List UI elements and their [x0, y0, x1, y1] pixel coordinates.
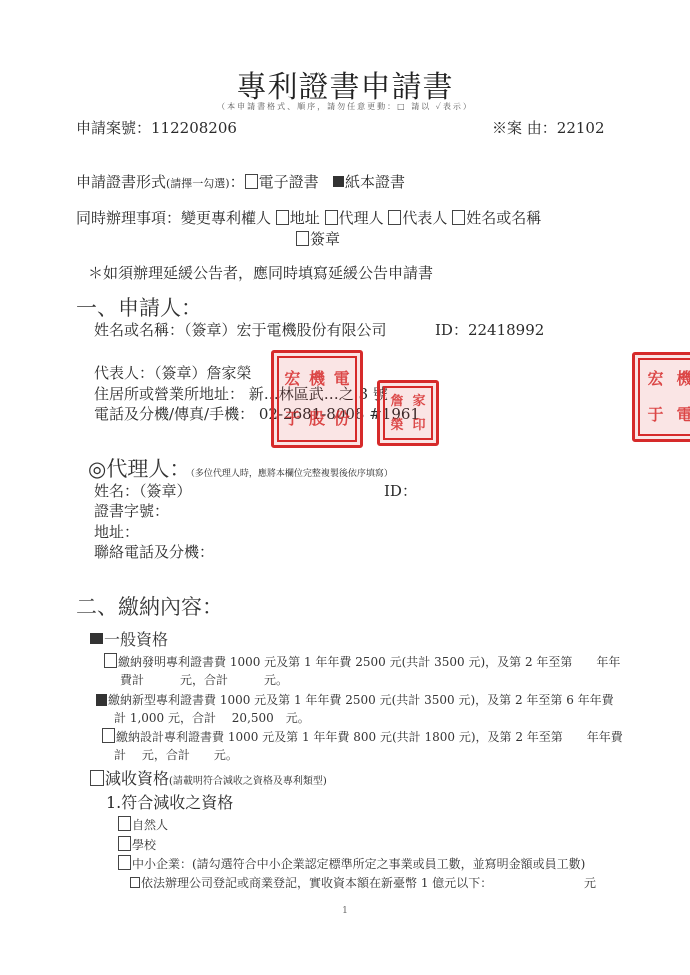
- applicant-name-label: 姓名或名稱：（簽章）: [94, 321, 237, 339]
- agent-heading: ◎代理人：: [88, 457, 190, 481]
- option-signature: 簽章: [310, 230, 340, 248]
- case-number: 申請案號：112208206: [76, 117, 237, 138]
- concurrent-items-label: 同時辦理事項：變更專利權人: [76, 209, 271, 227]
- checkbox-agent[interactable]: [325, 210, 338, 225]
- seal-glyph: 宏: [281, 360, 304, 398]
- checkbox-design-fee[interactable]: [102, 728, 115, 743]
- fee-utility-line2: 計 1,000 元，合計 20,500 元。: [114, 709, 310, 726]
- reduction-option-sme: 中小企業：(請勾選符合中小企業認定標準所定之事業或員工數，並寫明金額或員工數): [118, 855, 585, 872]
- option-agent: 代理人: [339, 209, 384, 227]
- representative-label: 代表人：（簽章）: [94, 364, 207, 382]
- case-reason-value: 22102: [557, 119, 605, 137]
- agent-phone-label: 聯絡電話及分機：: [94, 541, 214, 562]
- seal-glyph: 榮: [387, 414, 407, 436]
- fee-invention-text: 繳納發明專利證書費 1000 元及第 1 年年費 2500 元(共計 3500 …: [118, 655, 620, 669]
- page-number: 1: [0, 906, 690, 916]
- general-qualification-label: 一般資格: [104, 630, 168, 649]
- document-subtitle: （本申請書格式、順序，請勿任意更動：□ 請以 ✓表示）: [0, 101, 690, 112]
- applicant-heading: 一、申請人：: [76, 292, 202, 322]
- reduction-sub-heading: 1.符合減收之資格: [106, 790, 233, 813]
- checkbox-electronic-certificate[interactable]: [245, 174, 258, 189]
- option-name: 姓名或名稱: [466, 209, 541, 227]
- reduction-option-school: 學校: [118, 836, 156, 853]
- checkbox-sme-capital[interactable]: [130, 877, 140, 888]
- document-title: 專利證書申請書: [0, 62, 690, 106]
- seal-glyph: 于: [642, 398, 669, 432]
- school-label: 學校: [132, 838, 156, 852]
- checkbox-paper-certificate[interactable]: [333, 176, 344, 187]
- agent-name-label: 姓名：（簽章）: [94, 480, 192, 501]
- fee-design-text: 繳納設計專利證書費 1000 元及第 1 年年費 800 元(共計 1800 元…: [116, 730, 623, 744]
- option-representative: 代表人: [402, 209, 447, 227]
- checkbox-utility-fee[interactable]: [96, 694, 107, 706]
- phone-row: 電話及分機/傳真/手機： 02-2681-8008 #1961: [94, 403, 420, 424]
- reduction-option-natural-person: 自然人: [118, 816, 168, 833]
- case-number-label: 申請案號：: [76, 119, 151, 137]
- deferred-notice: ＊如須辦理延緩公告者，應同時填寫延緩公告申請書: [88, 262, 433, 283]
- representative-name: 詹家榮: [207, 364, 252, 382]
- seal-glyph: 電: [330, 360, 353, 398]
- seal-glyph: 機: [306, 360, 329, 398]
- agent-id-label: ID：: [384, 480, 417, 501]
- fee-design-line2: 計 元，合計 元。: [114, 746, 238, 763]
- seal-glyph: 份: [330, 400, 353, 438]
- certificate-form-label: 申請證書形式: [76, 173, 166, 191]
- address-label: 住居所或營業所地址：: [94, 385, 244, 403]
- seal-glyph: 詹: [387, 390, 407, 412]
- reduction-qualification-label: 減收資格: [105, 769, 169, 788]
- phone-label: 電話及分機/傳真/手機：: [94, 405, 254, 423]
- checkbox-name[interactable]: [452, 210, 465, 225]
- representative-row: 代表人：（簽章）詹家榮: [94, 362, 252, 383]
- seal-glyph: 家: [409, 390, 429, 412]
- checkbox-representative[interactable]: [388, 210, 401, 225]
- applicant-id-row: ID：22418992: [435, 319, 544, 340]
- checkbox-address[interactable]: [276, 210, 289, 225]
- general-qualification-row: 一般資格: [90, 627, 168, 650]
- applicant-name-row: 姓名或名稱：（簽章）宏于電機股份有限公司: [94, 319, 387, 340]
- fee-invention-line2: 費計 元，合計 元。: [120, 671, 288, 688]
- sme-label: 中小企業：(請勾選符合中小企業認定標準所定之事業或員工數，並寫明金額或員工數): [132, 857, 585, 871]
- checkbox-general-qualification[interactable]: [90, 633, 103, 644]
- natural-person-label: 自然人: [132, 818, 168, 832]
- applicant-id: 22418992: [468, 321, 544, 339]
- checkbox-school[interactable]: [118, 836, 131, 851]
- certificate-form-row: 申請證書形式(請擇一勾選)：電子證書 紙本證書: [76, 171, 405, 192]
- option-paper-certificate: 紙本證書: [345, 173, 405, 191]
- fee-invention-line1: 繳納發明專利證書費 1000 元及第 1 年年費 2500 元(共計 3500 …: [104, 653, 620, 670]
- colon: ：: [230, 173, 245, 191]
- seal-glyph: 宏: [642, 362, 669, 396]
- fee-design-line1: 繳納設計專利證書費 1000 元及第 1 年年費 800 元(共計 1800 元…: [102, 728, 623, 745]
- option-address: 地址: [290, 209, 320, 227]
- representative-seal-stamp: 詹 家 榮 印: [377, 380, 439, 446]
- sme-capital-unit: 元: [584, 874, 596, 891]
- seal-glyph: 電: [671, 398, 690, 432]
- fee-utility-line1: 繳納新型專利證書費 1000 元及第 1 年年費 2500 元(共計 3500 …: [96, 691, 614, 708]
- company-seal-stamp: 宏 機 電 于 股 份: [271, 350, 363, 448]
- seal-glyph: 于: [281, 400, 304, 438]
- case-number-value: 112208206: [151, 119, 237, 137]
- seal-glyph: 印: [409, 414, 429, 436]
- seal-glyph: 股: [306, 400, 329, 438]
- seal-glyph: 機: [671, 362, 690, 396]
- agent-cert-no-label: 證書字號：: [94, 500, 169, 521]
- checkbox-reduction-qualification[interactable]: [90, 770, 104, 786]
- reduction-qualification-note: (請載明符合減收之資格及專利類型): [169, 776, 327, 787]
- case-reason: ※案 由：22102: [492, 117, 605, 138]
- fee-utility-text: 繳納新型專利證書費 1000 元及第 1 年年費 2500 元(共計 3500 …: [108, 693, 614, 707]
- applicant-name: 宏于電機股份有限公司: [237, 321, 387, 339]
- case-reason-label: ※案 由：: [492, 119, 557, 137]
- sme-capital-label: 依法辦理公司登記或商業登記，實收資本額在新臺幣 1 億元以下：: [141, 876, 492, 890]
- edge-seal-stamp: 宏 機 于 電: [632, 352, 690, 442]
- agent-heading-note: （多位代理人時，應將本欄位完整複製後依序填寫）: [190, 469, 393, 479]
- option-electronic-certificate: 電子證書: [259, 173, 319, 191]
- agent-heading-row: ◎代理人：（多位代理人時，應將本欄位完整複製後依序填寫）: [88, 453, 393, 483]
- concurrent-items-row-2: 簽章: [296, 228, 340, 249]
- concurrent-items-row: 同時辦理事項：變更專利權人 地址 代理人 代表人 姓名或名稱: [76, 207, 541, 228]
- sme-capital-option: 依法辦理公司登記或商業登記，實收資本額在新臺幣 1 億元以下：: [130, 874, 492, 891]
- reduction-qualification-row: 減收資格(請載明符合減收之資格及專利類型): [90, 766, 327, 789]
- applicant-id-label: ID：: [435, 321, 468, 339]
- checkbox-sme[interactable]: [118, 855, 131, 870]
- agent-address-label: 地址：: [94, 521, 139, 542]
- checkbox-natural-person[interactable]: [118, 816, 131, 831]
- checkbox-invention-fee[interactable]: [104, 653, 117, 668]
- checkbox-signature[interactable]: [296, 231, 309, 246]
- payment-heading: 二、繳納內容：: [76, 591, 223, 621]
- certificate-form-note: (請擇一勾選): [166, 177, 230, 190]
